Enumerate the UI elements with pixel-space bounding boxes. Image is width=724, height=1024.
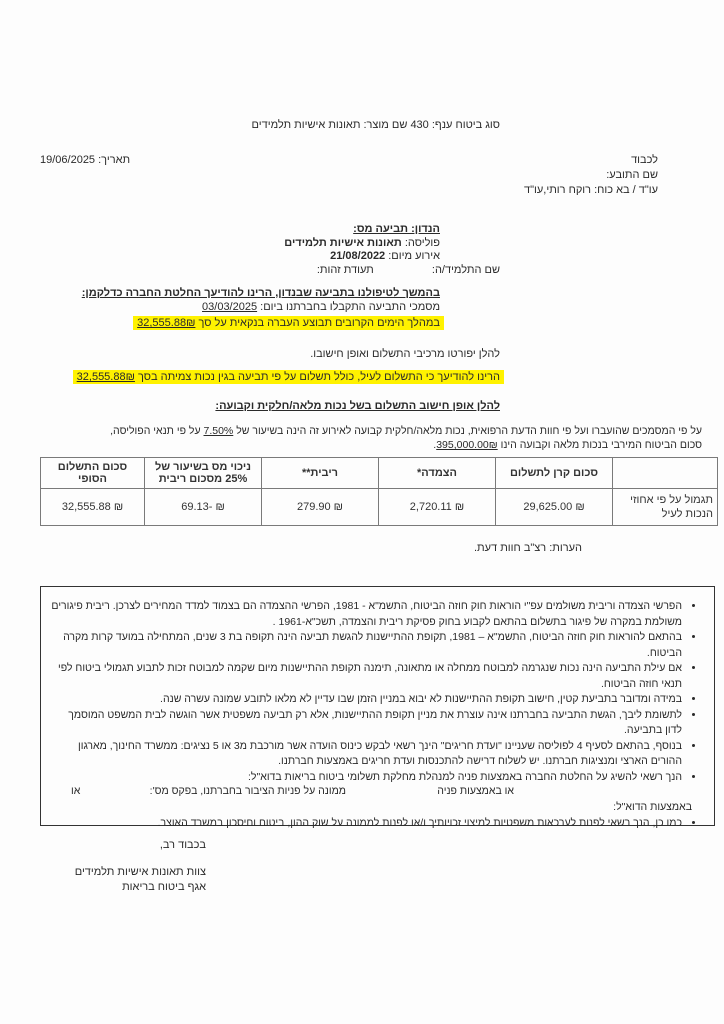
- regards: בכבוד רב,: [75, 838, 206, 853]
- calc-paragraph-1: על פי המסמכים שהועברו ועל פי חוות הדעת ה…: [110, 424, 702, 438]
- policy-label: פוליסה:: [405, 237, 440, 249]
- docs-received-date: 03/03/2025: [202, 301, 257, 313]
- intro-heading: בהמשך לטיפולנו בתביעה שבנדון, הרינו להוד…: [82, 286, 440, 300]
- letter-date: תאריך: 19/06/2025: [40, 153, 130, 167]
- note-item: בנוסף, בהתאם לסעיף 4 לפוליסה שעניינו "וע…: [49, 739, 682, 770]
- table-header: סכום התשלום הסופי: [41, 458, 145, 489]
- calc-text-1a: על פי המסמכים שהועברו ועל פי חוות הדעת ה…: [236, 425, 702, 437]
- note-item: במידה ומדובר בתביעת קטין, חישוב תקופת הה…: [49, 692, 682, 708]
- note-item: הנך רשאי להשיג על החלטת החברה באמצעות פנ…: [49, 770, 682, 786]
- contact-line: או באמצעות פניה ממונה על פניות הציבור בח…: [49, 785, 706, 800]
- addressee-block: לכבוד שם התובע: עו"ד / בא כוח: רוקח רותי…: [524, 153, 658, 198]
- table-cell: תגמול על פי אחוזי הנכות לעיל: [613, 489, 718, 526]
- table-cell: ₪ -69.13: [145, 489, 262, 526]
- table-header-row: סכום קרן לתשלום הצמדה* ריבית** ניכוי מס …: [41, 458, 718, 489]
- attorney-line: עו"ד / בא כוח: רוקח רותי,עו"ד: [524, 183, 658, 198]
- signature-block: בכבוד רב, צוות תאונות אישיות תלמידים אגף…: [75, 838, 206, 895]
- contact-public-officer: ממונה על פניות הציבור בחברתנו, בפקס מס':: [150, 785, 346, 797]
- note-item: בהתאם להוראות חוק חוזה הביטוח, התשמ"א – …: [49, 630, 682, 661]
- event-line: אירוע מיום: 21/08/2022: [330, 249, 440, 263]
- table-header: ריבית**: [262, 458, 379, 489]
- student-line: שם התלמיד/ה: תעודת זהות:: [317, 263, 500, 277]
- contact-or-2: או: [71, 785, 80, 797]
- policy-value: תאונות אישיות תלמידים: [284, 237, 401, 249]
- transfer-highlight: במהלך הימים הקרובים תבוצע העברה בנקאית ע…: [133, 316, 444, 330]
- table-row: תגמול על פי אחוזי הנכות לעיל ₪ 29,625.00…: [41, 489, 718, 526]
- event-label: אירוע מיום:: [388, 250, 440, 262]
- legal-notes-box: הפרשי הצמדה וריבית משולמים עפ"י הוראות ח…: [40, 586, 715, 826]
- date-label: תאריך:: [98, 154, 130, 166]
- table-header: [613, 458, 718, 489]
- inform-highlight: הרינו להודיעך כי התשלום לעיל, כולל תשלום…: [73, 370, 504, 384]
- calc-text-2a: סכום הביטוח המירבי בנכות מלאה וקבועה הינ…: [501, 439, 702, 451]
- table-cell: ₪ 2,720.11: [379, 489, 496, 526]
- contact-email-label: באמצעות הדוא"ל:: [41, 800, 692, 816]
- table-header: סכום קרן לתשלום: [496, 458, 613, 489]
- note-item: כמו כן, הנך רשאי לפנות לערכאות משפטיות ל…: [49, 816, 682, 832]
- table-cell: ₪ 29,625.00: [496, 489, 613, 526]
- transfer-amount: 32,555.88₪: [137, 317, 195, 329]
- calc-heading: להלן אופן חישוב התשלום בשל נכות מלאה/חלק…: [215, 399, 500, 413]
- product-line: סוג ביטוח ענף: 430 שם מוצר: תאונות אישיו…: [252, 118, 500, 132]
- legal-notes-list: הפרשי הצמדה וריבית משולמים עפ"י הוראות ח…: [49, 599, 696, 785]
- remarks: הערות: רצ"ב חוות דעת.: [474, 541, 582, 555]
- student-id-label: תעודת זהות:: [317, 264, 374, 276]
- inform-line: הרינו להודיעך כי התשלום לעיל, כולל תשלום…: [73, 370, 504, 384]
- disability-percent: 7.50%: [204, 425, 234, 437]
- table-header: ניכוי מס בשיעור של 25% מסכום ריבית: [145, 458, 262, 489]
- transfer-line: במהלך הימים הקרובים תבוצע העברה בנקאית ע…: [133, 316, 444, 330]
- max-insured-sum: 395,000.00₪: [436, 439, 497, 451]
- subject-title: הנדון: תביעה מס:: [353, 222, 440, 236]
- contact-or-1: או באמצעות פניה: [437, 785, 514, 797]
- docs-received-text: מסמכי התביעה התקבלו בחברתנו ביום:: [260, 301, 440, 313]
- event-date: 21/08/2022: [330, 250, 385, 262]
- table-cell: ₪ 32,555.88: [41, 489, 145, 526]
- policy-line: פוליסה: תאונות אישיות תלמידים: [284, 236, 440, 250]
- student-name-label: שם התלמיד/ה:: [432, 264, 500, 276]
- table-header: הצמדה*: [379, 458, 496, 489]
- inform-text: הרינו להודיעך כי התשלום לעיל, כולל תשלום…: [138, 371, 500, 383]
- table-cell: ₪ 279.90: [262, 489, 379, 526]
- note-item: הפרשי הצמדה וריבית משולמים עפ"י הוראות ח…: [49, 599, 682, 630]
- claimant-name-label: שם התובע:: [524, 168, 658, 183]
- legal-notes-list-2: כמו כן, הנך רשאי לפנות לערכאות משפטיות ל…: [49, 816, 696, 832]
- note-item: לתשומת ליבך, הגשת התביעה בחברתנו אינה עו…: [49, 708, 682, 739]
- signature-department: אגף ביטוח בריאות: [75, 880, 206, 895]
- details-intro: להלן יפורטו מרכיבי התשלום ואופן חישובו.: [310, 347, 500, 361]
- inform-amount: 32,555.88₪: [77, 371, 135, 383]
- calc-paragraph-2: סכום הביטוח המירבי בנכות מלאה וקבועה הינ…: [433, 438, 702, 452]
- note-item: אם עילת התביעה הינה נכות שנגרמה למבוטח מ…: [49, 661, 682, 692]
- docs-received-line: מסמכי התביעה התקבלו בחברתנו ביום: 03/03/…: [202, 300, 440, 314]
- date-value: 19/06/2025: [40, 154, 95, 166]
- payment-table: סכום קרן לתשלום הצמדה* ריבית** ניכוי מס …: [40, 457, 718, 526]
- signature-team: צוות תאונות אישיות תלמידים: [75, 865, 206, 880]
- calc-text-1b: על פי תנאי הפוליסה,: [110, 425, 200, 437]
- transfer-text: במהלך הימים הקרובים תבוצע העברה בנקאית ע…: [198, 317, 440, 329]
- to-label: לכבוד: [524, 153, 658, 168]
